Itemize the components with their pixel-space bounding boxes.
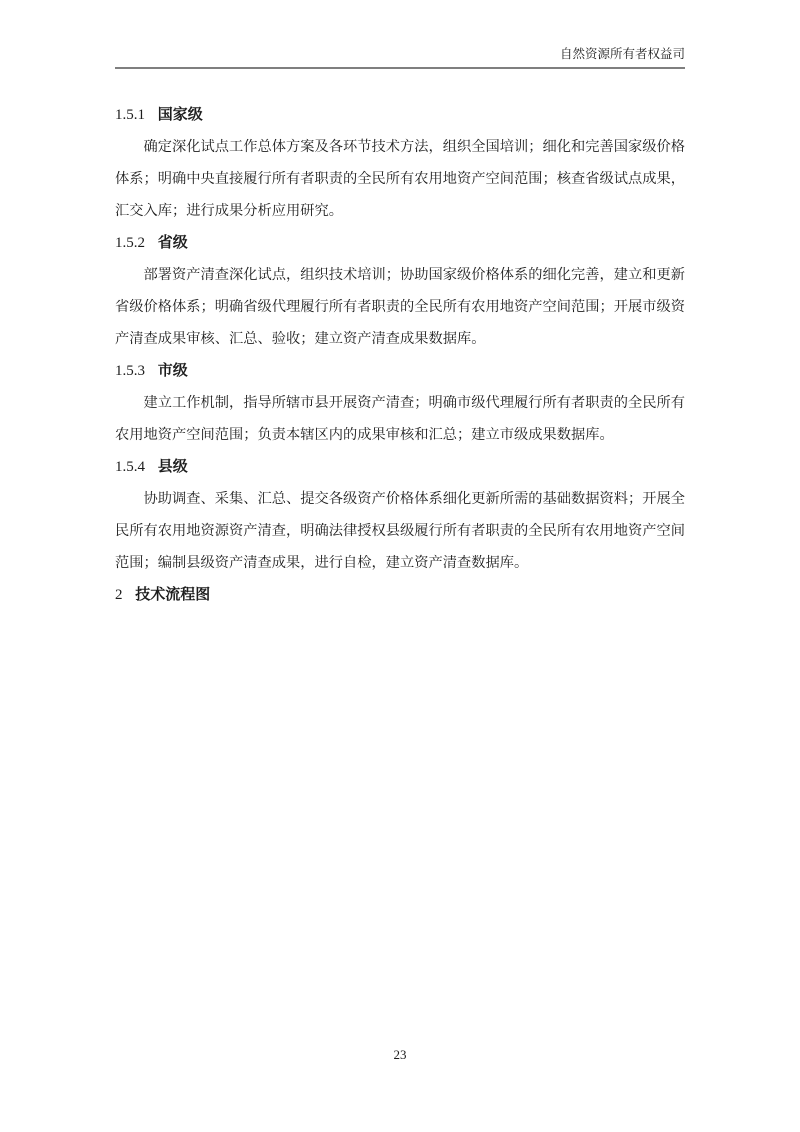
section-national-level-paragraph: 确定深化试点工作总体方案及各环节技术方法，组织全国培训；细化和完善国家级价格体系… [115,131,685,227]
section-municipal-level-number: 1.5.3 [115,363,145,379]
document-body: 1.5.1 国家级 确定深化试点工作总体方案及各环节技术方法，组织全国培训；细化… [115,99,685,611]
chapter-technical-flowchart-title: 技术流程图 [135,586,210,603]
section-national-level-title: 国家级 [158,106,203,123]
section-municipal-level-title: 市级 [158,362,188,379]
document-header: 自然资源所有者权益司 [115,46,685,69]
section-municipal-level-paragraph: 建立工作机制，指导所辖市县开展资产清查；明确市级代理履行所有者职责的全民所有农用… [115,387,685,451]
chapter-technical-flowchart-number: 2 [115,587,123,603]
page-number: 23 [0,1047,800,1063]
chapter-technical-flowchart-heading: 2 技术流程图 [115,579,685,611]
section-county-level-heading: 1.5.4 县级 [115,451,685,483]
section-county-level-title: 县级 [158,458,188,475]
document-page: { "header": { "title": "自然资源所有者权益司" }, "… [0,0,800,1132]
header-department-title: 自然资源所有者权益司 [560,47,685,61]
section-county-level-number: 1.5.4 [115,459,145,475]
section-provincial-level-paragraph: 部署资产清查深化试点，组织技术培训；协助国家级价格体系的细化完善，建立和更新省级… [115,259,685,355]
page-content: 自然资源所有者权益司 1.5.1 国家级 确定深化试点工作总体方案及各环节技术方… [115,46,685,611]
section-provincial-level-number: 1.5.2 [115,235,145,251]
section-provincial-level-heading: 1.5.2 省级 [115,227,685,259]
section-national-level-heading: 1.5.1 国家级 [115,99,685,131]
section-county-level-paragraph: 协助调查、采集、汇总、提交各级资产价格体系细化更新所需的基础数据资料；开展全民所… [115,483,685,579]
section-municipal-level-heading: 1.5.3 市级 [115,355,685,387]
section-national-level-number: 1.5.1 [115,107,145,123]
section-provincial-level-title: 省级 [158,234,188,251]
